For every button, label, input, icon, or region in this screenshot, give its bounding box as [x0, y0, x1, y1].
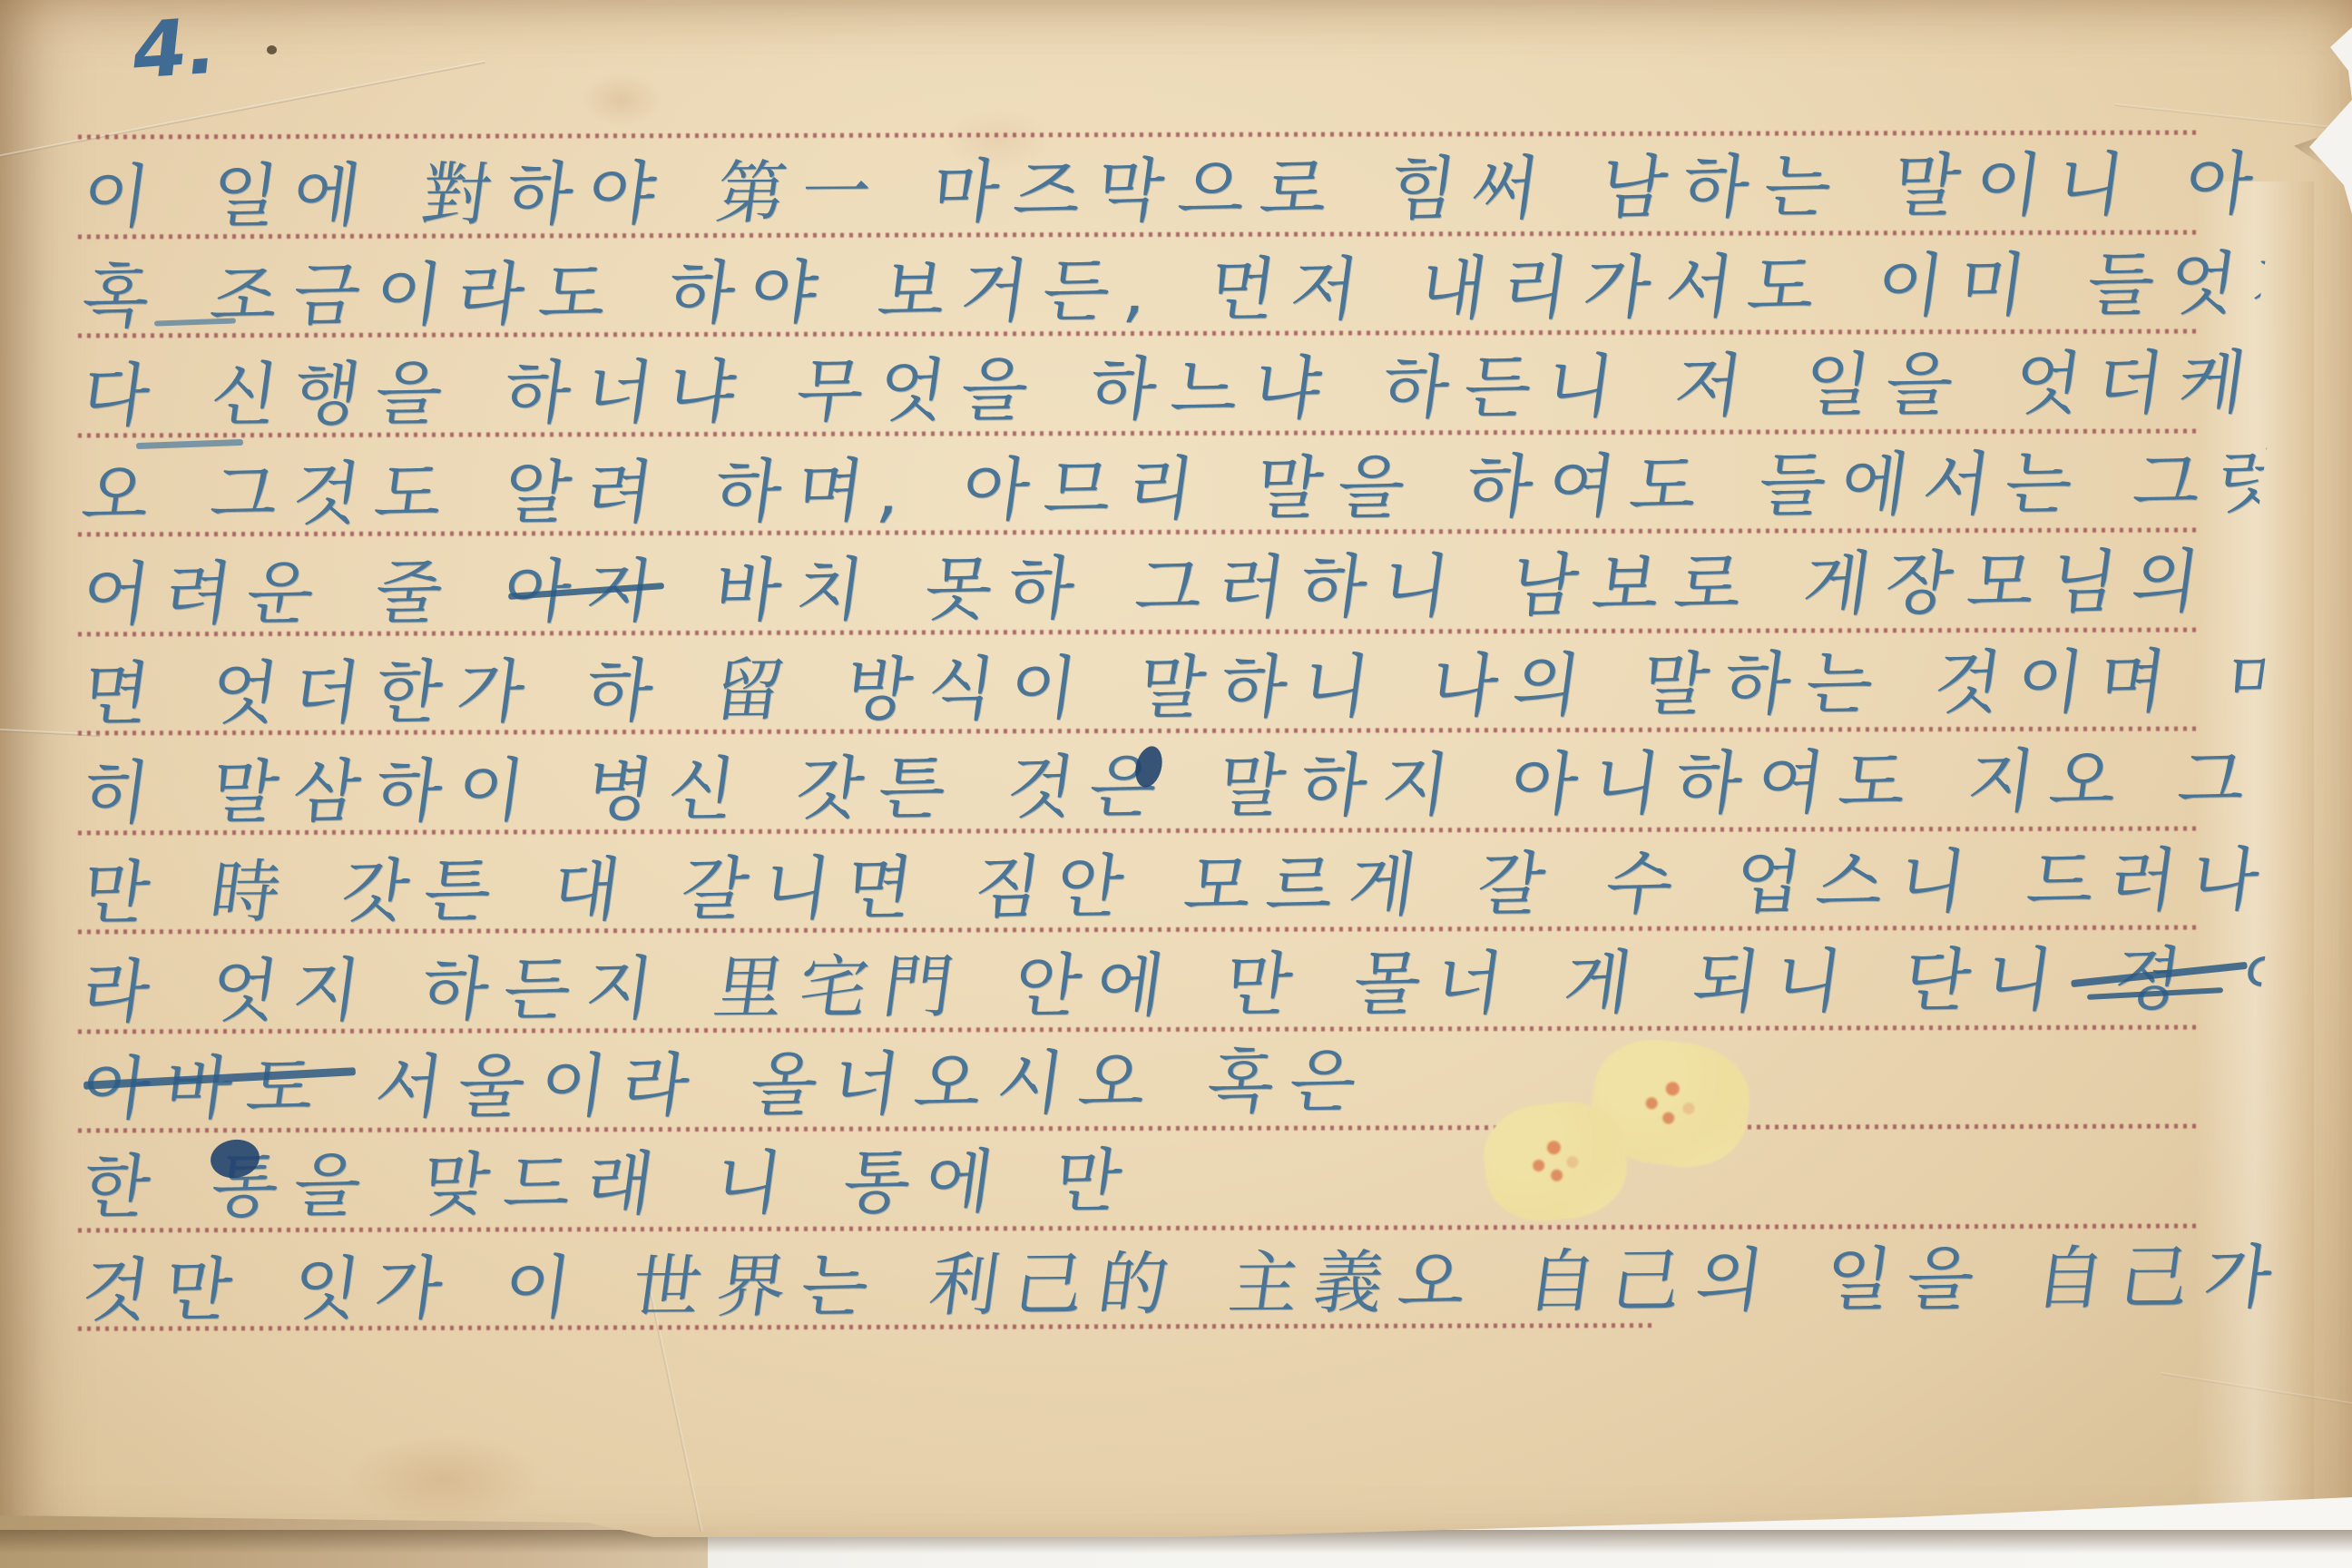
- photo-backdrop: 4. 이 일에 對하야 第一 마즈막으로 힘써 남하는 말이니 아모쪼록 틀닌들…: [0, 0, 2352, 1568]
- stain: [345, 1434, 544, 1524]
- handwriting-line: 혹 조금이라도 하야 보거든, 먼저 내리가서도 이미 들엇거니: [76, 237, 2269, 345]
- handwriting-line: 만 時 갓튼 대 갈니면 짐안 모르게 갈 수 업스니 드러나 婚의 몸이: [76, 833, 2269, 941]
- handwriting-line: 아바도 서울이라 올너오시오 혹은 남의 게 엇든: [76, 1034, 1360, 1137]
- handwriting-line: 것만 잇가 이 世界는 利己的 主義오 自己의 일을 自己가 깁히 하난 붓: [76, 1230, 2287, 1338]
- paper-sheet: 4. 이 일에 對하야 第一 마즈막으로 힘써 남하는 말이니 아모쪼록 틀닌들…: [0, 0, 2352, 1568]
- handwriting-line: 어려운 줄 아지 바치 못하 그러하니 남보로 게장모님의 게한 부 남하여 보: [76, 534, 2269, 642]
- handwriting-line: 이 일에 對하야 第一 마즈막으로 힘써 남하는 말이니 아모쪼록 틀닌들: [76, 137, 2269, 245]
- handwriting-line: 히 말삼하이 병신 갓튼 것은 말하지 아니하여도 지오 그러치: [76, 733, 2269, 841]
- handwriting-line: 다 신행을 하너냐 무엇을 하느냐 하든니 저 일을 엇더케 하되엿는지: [76, 336, 2269, 444]
- handwriting-line: 면 엇더한가 하 留 방식이 말하니 나의 말하는 것이며 마암 먹는 것을 —…: [76, 634, 2269, 742]
- page-number: 4.: [127, 1, 221, 97]
- handwriting-line: 오 그것도 알려 하며, 아므리 말을 하여도 들에서는 그럿타기 근히: [76, 436, 2269, 544]
- handwriting-line: 라 엇지 하든지 里宅門 안에 만 몰너 게 되니 단니 졍 아니 되 그들: [76, 932, 2269, 1040]
- paper-speck: [267, 45, 277, 54]
- stain: [581, 73, 662, 127]
